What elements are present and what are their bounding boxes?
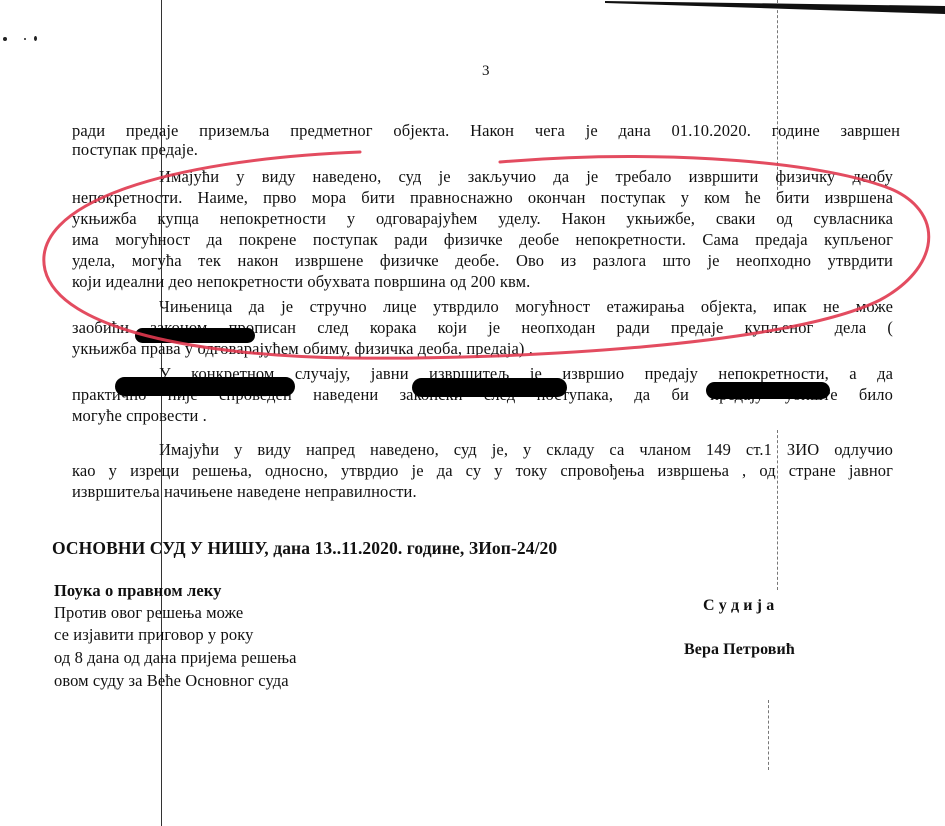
body-line: има могућност да покрене поступак ради ф… (72, 230, 893, 249)
scan-fold-line-right (768, 700, 770, 770)
body-line: поступак предаје. (72, 140, 198, 159)
court-signature-line: ОСНОВНИ СУД У НИШУ, дана 13..11.2020. го… (52, 539, 557, 558)
scan-speck (24, 38, 26, 40)
body-line: Имајући у виду напред наведено, суд је, … (159, 440, 893, 459)
legal-remedy-line: овом суду за Веће Основног суда (54, 671, 289, 690)
body-line: непокретности. Наиме, прво мора бити пра… (72, 188, 893, 207)
body-line: извршитеља начињене наведене неправилнос… (72, 482, 417, 501)
body-line: удела, могућа тек након извршене физичке… (72, 251, 893, 270)
redaction-mark (115, 377, 295, 396)
judge-name: Вера Петровић (684, 640, 795, 659)
body-line: Имајући у виду наведено, суд је закључио… (159, 167, 893, 186)
judge-title: С у д и ј а (703, 596, 774, 615)
legal-remedy-line: Против овог решења може (54, 603, 243, 622)
body-line: ради предаје приземља предметног објекта… (72, 121, 900, 140)
legal-remedy-line: се изјавити приговор у року (54, 625, 253, 644)
scan-speck (3, 37, 7, 41)
body-line: укњижба купца непокретности у одговарају… (72, 209, 893, 228)
scan-speck (34, 36, 37, 41)
legal-remedy-line: од 8 дана од дана пријема решења (54, 648, 297, 667)
page-number: 3 (482, 62, 490, 81)
body-line: као у изреци решења, односно, утврдио је… (72, 461, 893, 480)
legal-remedy-title: Поука о правном леку (54, 581, 221, 600)
body-line: који идеални део непокретности обухвата … (72, 272, 530, 291)
body-line: Чињеница да је стручно лице утврдило мог… (159, 297, 893, 316)
redaction-mark (135, 328, 255, 343)
redaction-mark (412, 378, 567, 397)
redaction-mark (706, 382, 830, 399)
body-line: могуће спровести . (72, 406, 207, 425)
